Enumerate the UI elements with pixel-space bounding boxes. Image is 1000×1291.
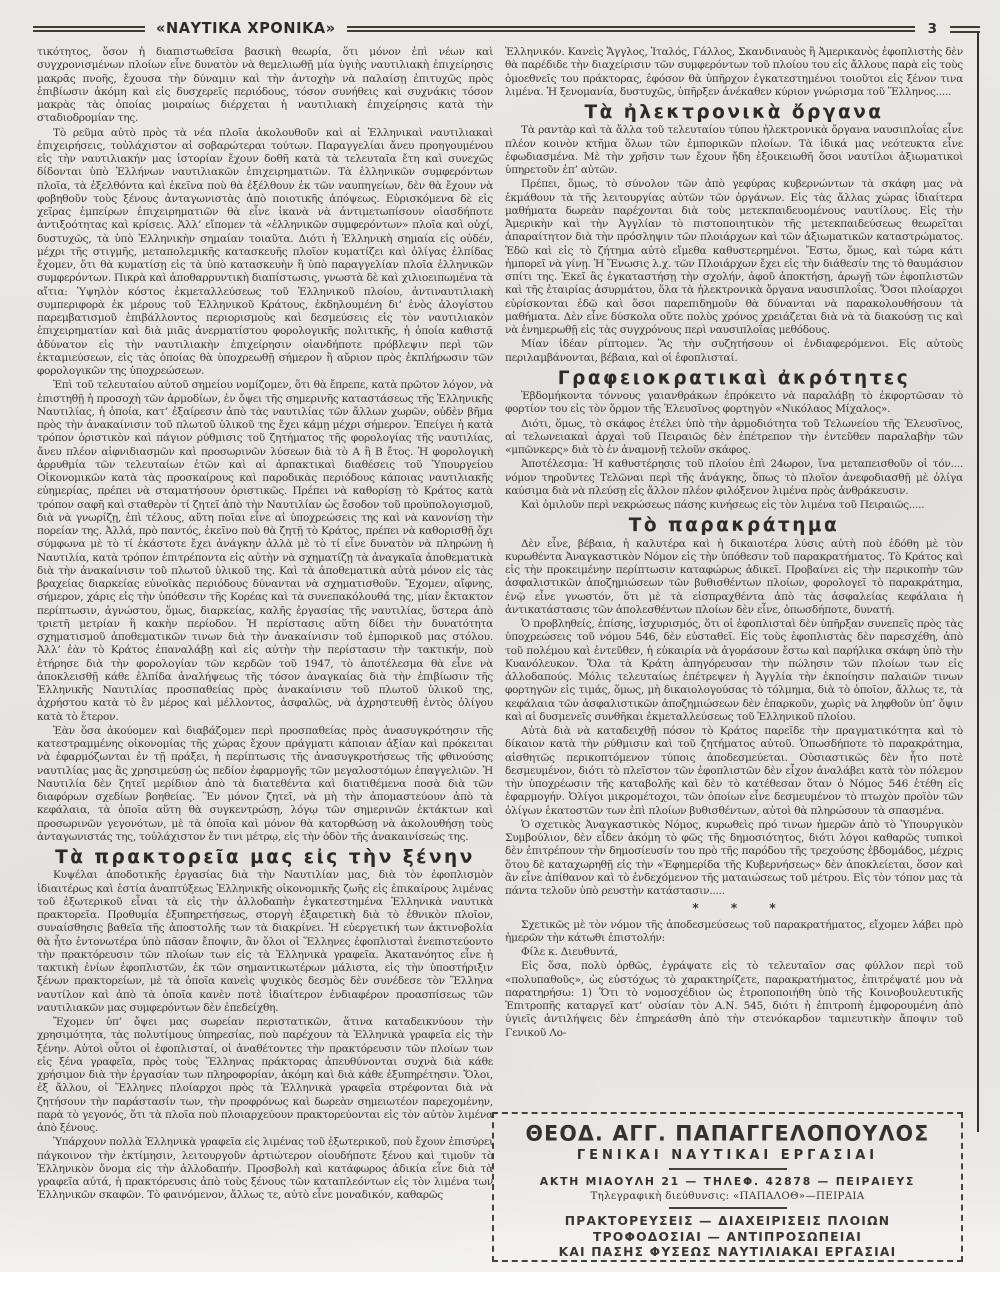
- paragraph: Ὑπάρχουν πολλὰ Ἑλληνικὰ γραφεῖα εἰς λιμέ…: [37, 1136, 493, 1202]
- ad-divider-rule: [669, 1168, 787, 1170]
- paragraph: Ἔχομεν ὑπ’ ὄψει μας σωρείαν περιστατικῶν…: [37, 1016, 493, 1135]
- ad-service-line: ΤΡΟΦΟΔΟΣΙΑΙ — ΑΝΤΙΠΡΟΣΩΠΕΙΑΙ: [494, 1230, 961, 1246]
- paragraph: Πρέπει, ὅμως, τὸ σύνολον τῶν ἀπὸ γεφύρας…: [505, 178, 963, 337]
- section-heading: Τὸ παρακράτημα: [505, 519, 963, 532]
- left-column: τικότητος, ὅσον ἡ διαπιστωθεῖσα βασικὴ θ…: [37, 46, 493, 1268]
- ad-subtitle: ΓΕΝΙΚΑΙ ΝΑΥΤΙΚΑΙ ΕΡΓΑΣΙΑΙ: [494, 1148, 961, 1163]
- paragraph: Καὶ ὁμιλοῦν περὶ νεκρώσεως πάσης κινήσεω…: [505, 499, 963, 512]
- section-heading: Τὰ πρακτορεῖα μας εἰς τὴν ξένην: [37, 851, 493, 864]
- paragraph: Ἑλληνικόν. Κανεὶς Ἄγγλος, Ἰταλός, Γάλλος…: [505, 46, 963, 99]
- masthead-end-rule: [950, 26, 980, 33]
- paragraph: Ἐπὶ τοῦ τελευταίου αὐτοῦ σημείου νομίζομ…: [37, 379, 493, 724]
- ad-service-line: ΚΑΙ ΠΑΣΗΣ ΦΥΣΕΩΣ ΝΑΥΤΙΛΙΑΚΑΙ ΕΡΓΑΣΙΑΙ: [494, 1245, 961, 1261]
- paragraph: Φίλε κ. Διευθυντά,: [505, 946, 963, 959]
- paragraph: Εἰς ὅσα, πολὺ ὀρθῶς, ἐγράψατε εἰς τὸ τελ…: [505, 960, 963, 1040]
- ad-company-name: ΘΕΟΔ. ΑΓΓ. ΠΑΠΑΓΓΕΛΟΠΟΥΛΟΣ: [494, 1120, 961, 1145]
- paragraph: Δὲν εἶνε, βέβαια, ἡ καλυτέρα καὶ ἡ δικαι…: [505, 538, 963, 618]
- paragraph: Κυψέλαι ἀποδοτικῆς ἐργασίας διὰ τὴν Ναυτ…: [37, 869, 493, 1015]
- magazine-page-scan: «ΝΑΥΤΙΚΑ ΧΡΟΝΙΚΑ» 3 τικότητος, ὅσον ἡ δι…: [0, 0, 1000, 1291]
- paragraph: Τὸ ρεῦμα αὐτὸ πρὸς τὰ νέα πλοῖα ἀκολουθο…: [37, 127, 493, 379]
- paragraph: τικότητος, ὅσον ἡ διαπιστωθεῖσα βασικὴ θ…: [37, 46, 493, 126]
- masthead-long-rule: [347, 26, 915, 32]
- ad-divider-rule: [669, 1207, 787, 1209]
- page-number: 3: [926, 21, 939, 37]
- section-divider-stars: * * *: [519, 902, 963, 915]
- paragraph: Αὐτὰ διὰ νὰ καταδειχθῇ πόσον τὸ Κράτος π…: [505, 725, 963, 818]
- paragraph: Διότι, ὅμως, τὸ σκάφος ἐτέλει ὑπὸ τὴν ἁρ…: [505, 418, 963, 458]
- ad-service-line: ΠΡΑΚΤΟΡΕΥΣΕΙΣ — ΔΙΑΧΕΙΡΙΣΕΙΣ ΠΛΟΙΩΝ: [494, 1214, 961, 1230]
- section-heading: Γραφειοκρατικαὶ ἀκρότητες: [505, 372, 963, 385]
- paragraph: Τὰ ραντὰρ καὶ τὰ ἄλλα τοῦ τελευταίου τύπ…: [505, 124, 963, 177]
- paragraph: Ἑβδομήκοντα τόννους γαιανθράκων ἐπρόκειτ…: [505, 390, 963, 417]
- paragraph: Ἀποτέλεσμα: Ἡ καθυστέρησις τοῦ πλοίου ἐπ…: [505, 458, 963, 498]
- paragraph: Ὁ προβληθείς, ἐπίσης, ἰσχυρισμός, ὅτι οἱ…: [505, 618, 963, 724]
- paragraph: Σχετικῶς μὲ τὸν νόμον τῆς ἀποδεσμεύσεως …: [505, 919, 963, 946]
- paragraph: Μίαν ἰδέαν ρίπτομεν. Ἂς τὴν συζητήσουν ο…: [505, 338, 963, 365]
- ad-telegraph-line: Τηλεγραφικὴ διεύθυνσις: «ΠΑΠΑΛΟΘ»—ΠΕΙΡΑΙ…: [494, 1190, 961, 1202]
- ad-services: ΠΡΑΚΤΟΡΕΥΣΕΙΣ — ΔΙΑΧΕΙΡΙΣΕΙΣ ΠΛΟΙΩΝΤΡΟΦΟ…: [494, 1214, 961, 1261]
- section-heading: Τὰ ἠλεκτρονικὰ ὄργανα: [505, 106, 963, 119]
- advertisement-box: ΘΕΟΔ. ΑΓΓ. ΠΑΠΑΓΓΕΛΟΠΟΥΛΟΣ ΓΕΝΙΚΑΙ ΝΑΥΤΙ…: [492, 1112, 963, 1262]
- paragraph: Ἐὰν ὅσα ἀκούομεν καὶ διαβάζομεν περὶ προ…: [37, 725, 493, 844]
- right-column: Ἑλληνικόν. Κανεὶς Ἄγγλος, Ἰταλός, Γάλλος…: [505, 46, 963, 1108]
- paragraph: Ὁ σχετικὸς Ἀναγκαστικὸς Νόμος, κυρωθεὶς …: [505, 819, 963, 899]
- masthead: «ΝΑΥΤΙΚΑ ΧΡΟΝΙΚΑ» 3: [33, 17, 980, 41]
- masthead-left-rule: [33, 26, 145, 32]
- page-edge-line: [977, 32, 980, 1132]
- magazine-title: «ΝΑΥΤΙΚΑ ΧΡΟΝΙΚΑ»: [156, 21, 336, 38]
- ad-address-line: ΑΚΤΗ ΜΙΑΟΥΛΗ 21 — ΤΗΛΕΦ. 42878 — ΠΕΙΡΑΙΕ…: [494, 1175, 961, 1188]
